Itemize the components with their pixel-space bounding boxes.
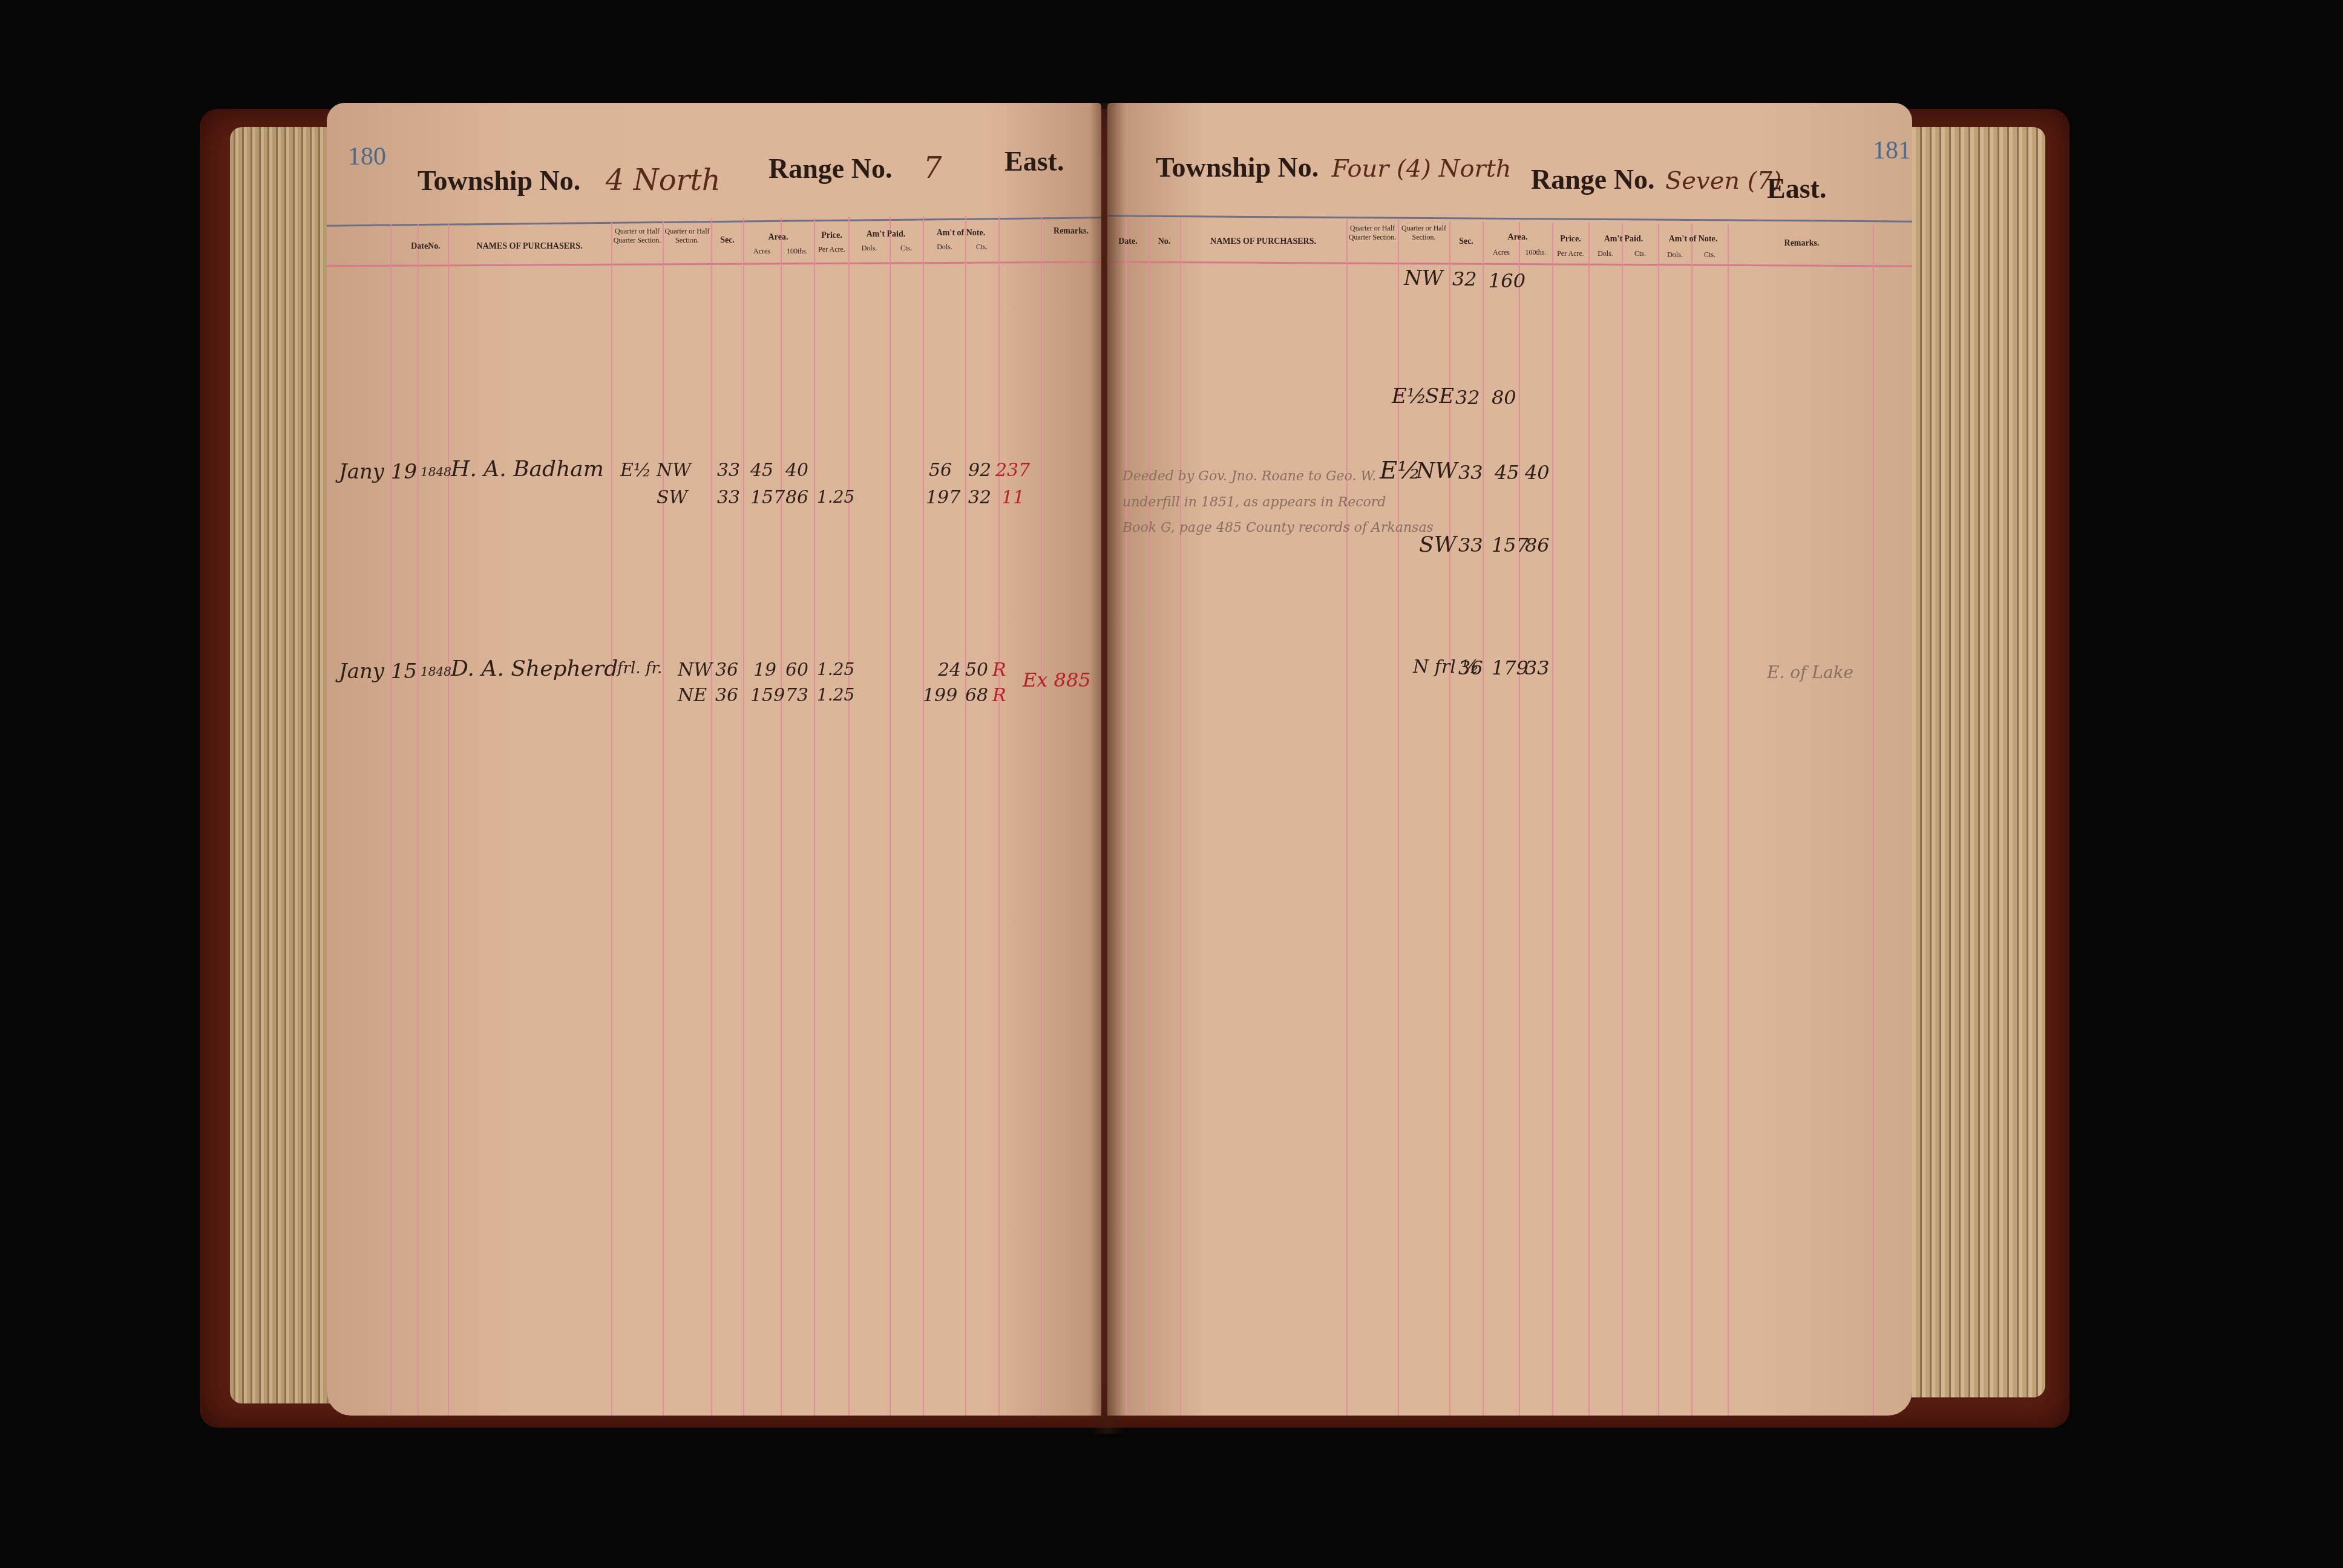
column-divider (1691, 224, 1693, 1416)
col-no: No. (1150, 237, 1179, 246)
entry-price: 1.25 (817, 487, 854, 507)
entry-remark: E. of Lake (1767, 662, 1853, 682)
column-divider (1728, 224, 1729, 1416)
entry-sec: 33 (1458, 461, 1483, 484)
column-divider (1622, 223, 1623, 1416)
direction-label: East. (1767, 172, 1826, 204)
township-value: 4 North (606, 163, 721, 197)
column-header-rule (327, 261, 1101, 267)
column-divider (1552, 223, 1553, 1416)
page-number: 180 (348, 142, 386, 171)
purchaser-name: D. A. Shepherd (451, 656, 618, 681)
column-divider (781, 218, 782, 1416)
column-divider (1041, 215, 1042, 1416)
entry-acres: 80 (1492, 386, 1516, 409)
entry-cts: 68 (965, 685, 988, 706)
col-paid: Am't Paid. (1590, 235, 1657, 244)
entry-hundredths: 86 (1525, 534, 1550, 557)
page-number: 181 (1873, 136, 1911, 165)
col-area-acres: Acres (1484, 248, 1519, 257)
entry-qh: NW (1404, 266, 1443, 290)
column-divider (998, 215, 1000, 1416)
column-divider (848, 217, 850, 1416)
entry-acres: 45 (1495, 461, 1519, 484)
entry-date: Jany 19 (339, 460, 417, 484)
entry-hundredths: 60 (785, 659, 808, 681)
entry-hundredths: 40 (785, 460, 808, 481)
col-qh: Quarter or Half Section. (1400, 224, 1448, 242)
column-divider (390, 224, 392, 1416)
column-divider (923, 217, 924, 1416)
entry-cts: 32 (968, 487, 991, 508)
entry-mark: 237 (995, 460, 1030, 481)
col-qhq: Quarter or Half Quarter Section. (1348, 224, 1397, 242)
township-heading: Township No. 4 North (418, 163, 721, 197)
entry-sec: 33 (717, 487, 740, 508)
column-divider (611, 221, 612, 1416)
page-edges-right (1906, 127, 2045, 1397)
page-edges-left (230, 127, 333, 1403)
entry-qh: NE (678, 685, 707, 706)
column-divider (1149, 218, 1150, 1416)
entry-acres: 160 (1489, 269, 1525, 292)
entry-dols: 56 (929, 460, 952, 481)
col-sec: Sec. (713, 236, 742, 245)
column-divider (1588, 223, 1590, 1416)
entry-hundredths: 86 (785, 487, 808, 508)
col-area-100ths: 100ths. (781, 247, 814, 256)
col-note-cts: Cts. (965, 243, 998, 252)
col-no: No. (421, 242, 448, 251)
column-divider (743, 218, 744, 1416)
col-area: Area. (1484, 233, 1552, 242)
column-divider (1180, 218, 1181, 1416)
entry-sec: 32 (1452, 267, 1477, 290)
column-divider (814, 218, 815, 1416)
entry-year: 1848 (421, 664, 451, 679)
entry-dols: 197 (926, 487, 960, 508)
entry-sec: 36 (1458, 656, 1483, 679)
entry-sec: 36 (715, 685, 738, 706)
col-price-sub: Per Acre. (1553, 249, 1588, 258)
entry-price: 1.25 (817, 659, 854, 679)
column-divider (663, 221, 664, 1416)
column-divider (890, 217, 891, 1416)
entry-year: 1848 (421, 465, 451, 479)
entry-qh: NW (678, 659, 712, 681)
entry-acres: 157 (1492, 534, 1529, 557)
purchaser-name: H. A. Badham (451, 457, 604, 482)
entry-remark: Ex 885 (1023, 668, 1091, 691)
entry-mark: R (992, 685, 1006, 706)
entry-sec: 32 (1455, 386, 1480, 409)
entry-acres: 157 (750, 487, 785, 508)
entry-cts: 92 (968, 460, 991, 481)
col-paid-cts: Cts. (890, 244, 923, 253)
direction-label: East. (1004, 145, 1064, 177)
column-divider (1346, 219, 1348, 1416)
col-note-dols: Dols. (1659, 250, 1691, 260)
col-price: Price. (815, 231, 848, 240)
range-value: 7 (923, 151, 942, 185)
column-divider (448, 224, 449, 1416)
entry-acres: 159 (750, 685, 785, 706)
column-divider (965, 215, 966, 1416)
entry-sec: 33 (717, 460, 740, 481)
col-remarks: Remarks. (1731, 239, 1873, 248)
township-value: Four (4) North (1332, 155, 1512, 183)
entry-dols: 24 (938, 659, 961, 681)
entry-qh: NW (1416, 459, 1458, 483)
entry-qh: SW (657, 487, 687, 508)
col-paid: Am't Paid. (850, 230, 922, 239)
entry-qh: NW (657, 460, 691, 481)
col-price: Price. (1553, 235, 1588, 244)
col-price-sub: Per Acre. (815, 245, 848, 254)
col-note-cts: Cts. (1693, 250, 1727, 260)
entry-qhq: E½ (1392, 384, 1427, 408)
ledger-page-right: 181 Township No. Four (4) North Range No… (1107, 103, 1912, 1416)
range-label: Range No. (1531, 164, 1654, 195)
entry-dols: 199 (923, 685, 957, 706)
entry-qhq: frl. fr. (617, 659, 662, 678)
col-note: Am't of Note. (924, 229, 998, 238)
entry-mark: R (992, 659, 1006, 681)
entry-cts: 50 (965, 659, 988, 681)
entry-qh: SW (1419, 532, 1457, 557)
column-divider (418, 224, 419, 1416)
entry-hundredths: 73 (785, 685, 808, 706)
range-label: Range No. (768, 153, 892, 184)
column-divider (711, 218, 712, 1416)
col-paid-cts: Cts. (1623, 249, 1657, 258)
col-sec: Sec. (1450, 237, 1482, 246)
range-value: Seven (7) (1665, 167, 1781, 195)
entry-hundredths: 40 (1525, 461, 1550, 484)
entry-acres: 19 (753, 659, 776, 681)
column-divider (1126, 218, 1127, 1416)
ledger-page-left: 180 Township No. 4 North Range No. 7 Eas… (327, 103, 1101, 1416)
entry-date: Jany 15 (339, 659, 417, 684)
col-note: Am't of Note. (1659, 235, 1727, 244)
township-label: Township No. (418, 165, 580, 196)
entry-qhq: E½ (620, 460, 651, 481)
col-names: NAMES OF PURCHASERS. (454, 242, 605, 251)
entry-hundredths: 33 (1525, 656, 1550, 679)
deed-note-line: Book G, page 485 County records of Arkan… (1122, 520, 1434, 535)
book-gutter (1089, 103, 1126, 1434)
column-divider (1519, 222, 1520, 1416)
range-heading: Range No. 7 (768, 151, 942, 185)
column-divider (1658, 224, 1659, 1416)
col-paid-dols: Dols. (1590, 249, 1621, 258)
township-label: Township No. (1156, 152, 1319, 183)
col-area: Area. (744, 233, 812, 242)
entry-acres: 45 (750, 460, 773, 481)
col-qhq: Quarter or Half Quarter Section. (613, 227, 661, 245)
entry-sec: 33 (1458, 534, 1483, 557)
column-divider (1873, 225, 1874, 1416)
deed-note-line: underfill in 1851, as appears in Record (1122, 495, 1386, 510)
header-rule (1107, 215, 1912, 222)
entry-qh: SE (1425, 384, 1454, 408)
range-heading: Range No. Seven (7) (1531, 163, 1781, 195)
col-qh: Quarter or Half Section. (664, 227, 710, 245)
township-heading: Township No. Four (4) North (1156, 151, 1512, 183)
col-names: NAMES OF PURCHASERS. (1183, 237, 1343, 246)
col-area-100ths: 100ths. (1520, 248, 1552, 257)
deed-note-line: Deeded by Gov. Jno. Roane to Geo. W. (1122, 469, 1376, 484)
column-divider (1483, 221, 1484, 1416)
col-paid-dols: Dols. (850, 244, 889, 253)
header-rule (327, 217, 1101, 226)
entry-mark: 11 (1001, 487, 1024, 508)
entry-price: 1.25 (817, 685, 854, 705)
col-area-acres: Acres (744, 247, 779, 256)
entry-sec: 36 (715, 659, 738, 681)
entry-qhq: E½ (1380, 457, 1421, 485)
col-note-dols: Dols. (924, 243, 965, 252)
column-header-rule (1107, 261, 1912, 267)
entry-acres: 179 (1492, 656, 1529, 679)
